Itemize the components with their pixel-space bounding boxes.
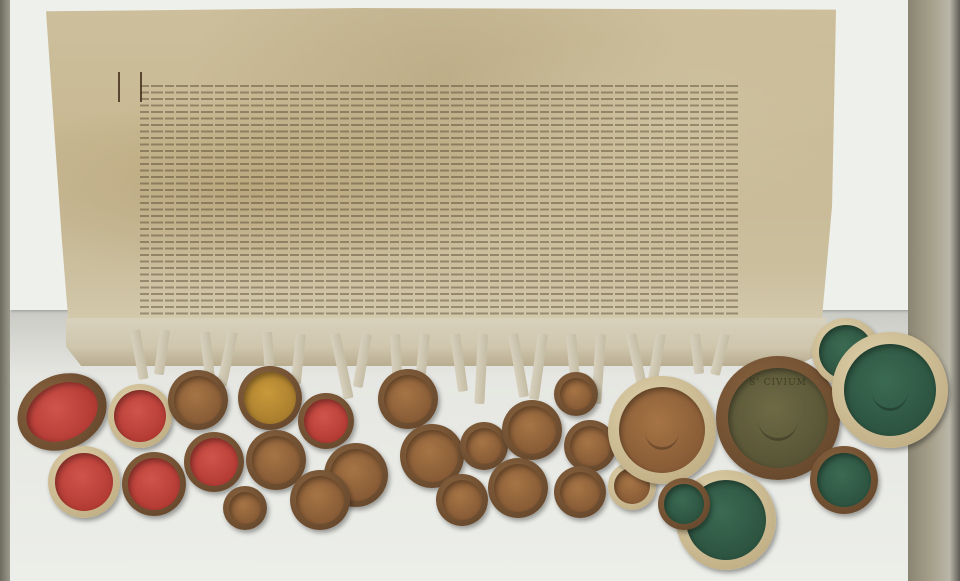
right-edge-shadow — [908, 0, 960, 581]
wax-seal — [608, 376, 716, 484]
wax-seal — [502, 400, 562, 460]
manuscript-text-block — [140, 85, 740, 317]
seal-impression — [560, 378, 592, 410]
wax-seal — [810, 446, 878, 514]
wax-seal — [378, 369, 438, 429]
wax-seal — [554, 372, 598, 416]
wax-seal — [168, 370, 228, 430]
seal-impression — [844, 344, 936, 436]
wax-seal — [223, 486, 267, 530]
wax-seal — [238, 366, 302, 430]
seal-impression — [619, 387, 705, 473]
wax-seal — [48, 446, 120, 518]
wax-seal — [488, 458, 548, 518]
equestrian-motif-icon — [645, 413, 679, 450]
wax-seal — [108, 384, 172, 448]
wax-seal — [290, 470, 350, 530]
seal-impression — [406, 430, 458, 482]
seal-legend: S' CIVIUM — [728, 378, 828, 388]
seal-impression — [494, 464, 542, 512]
ship-motif-icon — [872, 372, 909, 412]
seal-impression — [442, 480, 482, 520]
wax-seal — [122, 452, 186, 516]
seal-impression — [174, 376, 222, 424]
seal-impression — [304, 399, 348, 443]
ship-motif-icon — [758, 398, 798, 441]
seal-impression — [114, 390, 166, 442]
wax-seal — [832, 332, 948, 448]
seal-impression — [817, 453, 871, 507]
seal-impression — [508, 406, 556, 454]
seal-impression — [190, 438, 238, 486]
wax-seal — [554, 466, 606, 518]
seal-impression — [466, 428, 502, 464]
initial-letter-mark — [118, 72, 142, 102]
seal-impression — [296, 476, 344, 524]
seal-impression — [384, 375, 432, 423]
photograph: S' CIVIUM — [0, 0, 960, 581]
wax-seal — [658, 478, 710, 530]
seal-impression — [128, 458, 180, 510]
left-edge-shadow — [0, 0, 10, 581]
seal-impression — [229, 492, 261, 524]
seal-impression — [55, 453, 113, 511]
seal-impression — [570, 426, 610, 466]
seal-impression: S' CIVIUM — [728, 368, 828, 468]
seal-impression — [252, 436, 300, 484]
seal-impression — [664, 484, 704, 524]
seal-impression — [560, 472, 600, 512]
wax-seal — [184, 432, 244, 492]
wax-seal — [298, 393, 354, 449]
parchment-fold-plica — [66, 318, 826, 366]
seal-impression — [244, 372, 296, 424]
wax-seal — [436, 474, 488, 526]
